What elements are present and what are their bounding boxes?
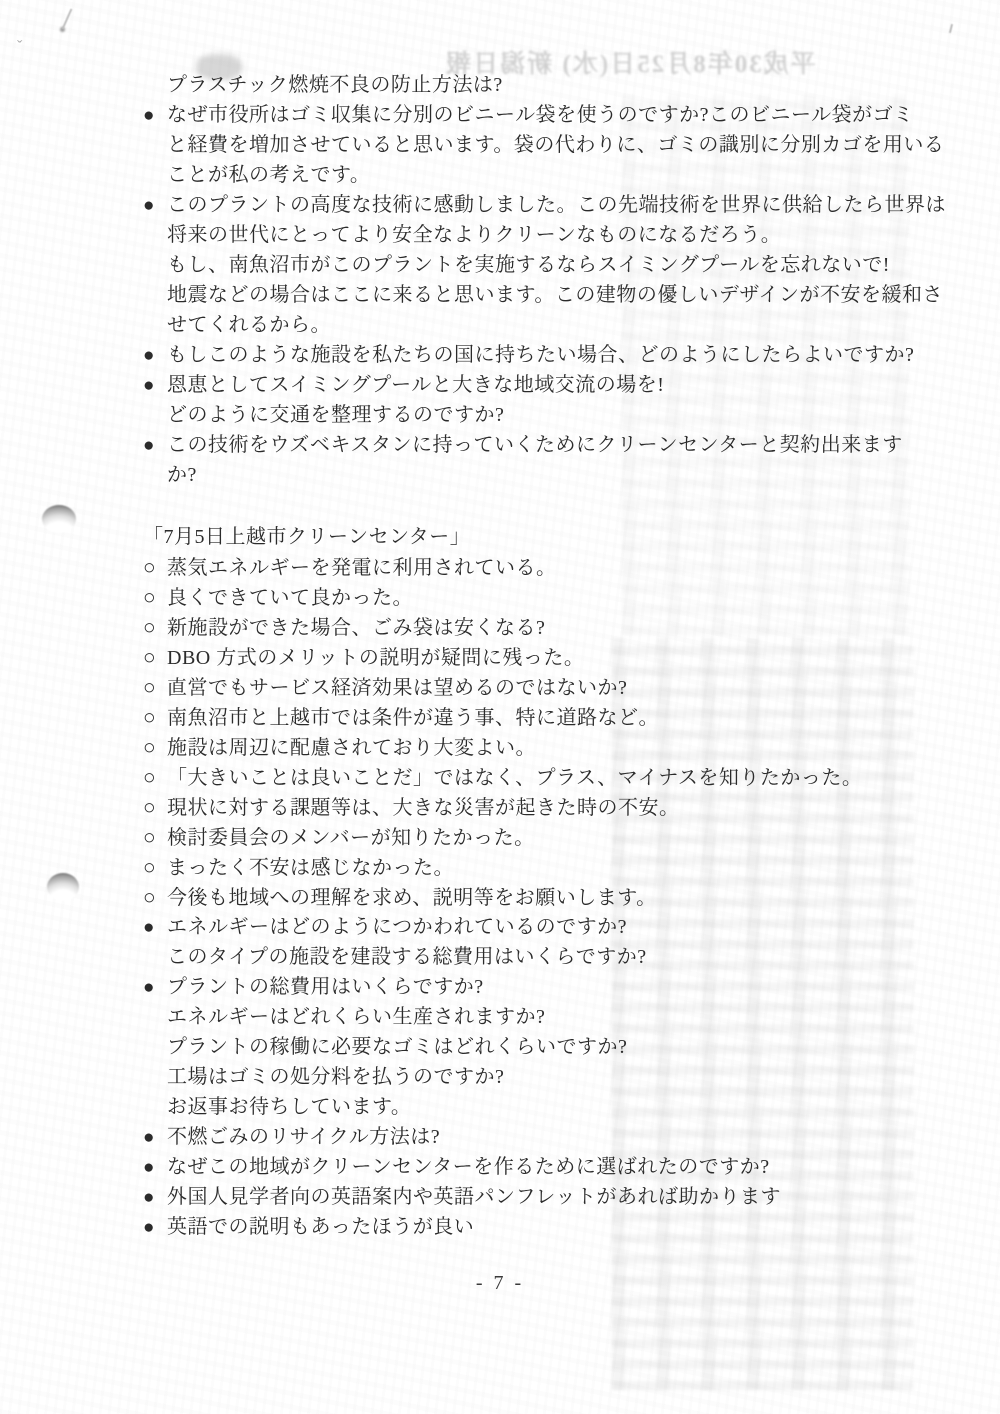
line-text: 工場はゴミの処分料を払うのですか?	[167, 1066, 504, 1088]
page-number: - 7 -	[0, 1272, 1000, 1295]
line-text: 恩恵としてスイミングプールと大きな地域交流の場を!	[167, 374, 664, 396]
line-text: 地震などの場合はここに来ると思います。この建物の優しいデザインが不安を緩和さ	[167, 284, 943, 306]
pencil-speck-top-right	[949, 24, 953, 33]
text-line: ○DBO 方式のメリットの説明が疑問に残った。	[0, 642, 1000, 672]
scanned-document-page: 平成30年8月25日(水) 新潟日報 ˇ プラスチック燃焼不良の防止方法は?●な…	[0, 0, 1000, 1414]
text-line: ●このプラントの高度な技術に感動しました。この先端技術を世界に供給したら世界は	[0, 190, 1000, 220]
filled-bullet-icon: ●	[143, 341, 167, 371]
text-line: プラントの稼働に必要なゴミはどれくらいですか?	[0, 1032, 1000, 1062]
line-text: と経費を増加させていると思います。袋の代わりに、ゴミの識別に分別カゴを用いる	[167, 134, 944, 156]
filled-bullet-icon: ●	[143, 371, 167, 401]
filled-bullet-icon: ●	[143, 1123, 167, 1153]
line-text: 新施設ができた場合、ごみ袋は安くなる?	[167, 617, 545, 639]
line-text: なぜこの地域がクリーンセンターを作るために選ばれたのですか?	[167, 1156, 770, 1178]
line-text: 蒸気エネルギーを発電に利用されている。	[167, 557, 557, 579]
text-line: ○検討委員会のメンバーが知りたかった。	[0, 822, 1000, 852]
text-line: ●エネルギーはどのようにつかわれているのですか?	[0, 912, 1000, 942]
text-line: プラスチック燃焼不良の防止方法は?	[0, 70, 1000, 100]
line-text: お返事お待ちしています。	[167, 1096, 411, 1118]
line-text: 「7月5日上越市クリーンセンター」	[143, 526, 470, 548]
open-circle-icon: ○	[143, 822, 167, 852]
filled-bullet-icon: ●	[143, 191, 167, 221]
filled-bullet-icon: ●	[143, 913, 167, 943]
text-line: ○「大きいことは良いことだ」ではなく、プラス、マイナスを知りたかった。	[0, 762, 1000, 792]
text-line: ●不燃ごみのリサイクル方法は?	[0, 1122, 1000, 1152]
line-text: なぜ市役所はゴミ収集に分別のビニール袋を使うのですか?このビニール袋がゴミ	[167, 104, 914, 126]
text-line: 地震などの場合はここに来ると思います。この建物の優しいデザインが不安を緩和さ	[0, 280, 1000, 310]
text-line: ●もしこのような施設を私たちの国に持ちたい場合、どのようにしたらよいですか?	[0, 340, 1000, 370]
text-line: ●この技術をウズベキスタンに持っていくためにクリーンセンターと契約出来ます	[0, 430, 1000, 460]
line-text: プラントの総費用はいくらですか?	[167, 976, 484, 998]
text-line: ●なぜこの地域がクリーンセンターを作るために選ばれたのですか?	[0, 1152, 1000, 1182]
line-text: もしこのような施設を私たちの国に持ちたい場合、どのようにしたらよいですか?	[167, 344, 914, 366]
text-line: ○施設は周辺に配慮されており大変よい。	[0, 732, 1000, 762]
open-circle-icon: ○	[143, 732, 167, 762]
pencil-speck-dot	[60, 27, 65, 32]
line-text: エネルギーはどのようにつかわれているのですか?	[167, 916, 627, 938]
line-text: 将来の世代にとってより安全なよりクリーンなものになるだろう。	[167, 224, 781, 246]
text-line: ○南魚沼市と上越市では条件が違う事、特に道路など。	[0, 702, 1000, 732]
text-line: ○今後も地域への理解を求め、説明等をお願いします。	[0, 882, 1000, 912]
pencil-speck-slash	[62, 9, 73, 30]
text-line: ●恩恵としてスイミングプールと大きな地域交流の場を!	[0, 370, 1000, 400]
text-line: ●外国人見学者向の英語案内や英語パンフレットがあれば助かります	[0, 1182, 1000, 1212]
open-circle-icon: ○	[143, 852, 167, 882]
open-circle-icon: ○	[143, 642, 167, 672]
line-text: 現状に対する課題等は、大きな災害が起きた時の不安。	[167, 797, 680, 819]
line-text: この技術をウズベキスタンに持っていくためにクリーンセンターと契約出来ます	[167, 434, 903, 456]
text-line: エネルギーはどれくらい生産されますか?	[0, 1002, 1000, 1032]
text-line: ●英語での説明もあったほうが良い	[0, 1212, 1000, 1242]
text-line: ●プラントの総費用はいくらですか?	[0, 972, 1000, 1002]
filled-bullet-icon: ●	[143, 1183, 167, 1213]
line-text: もし、南魚沼市がこのプラントを実施するならスイミングプールを忘れないで!	[167, 254, 890, 276]
text-line: ○現状に対する課題等は、大きな災害が起きた時の不安。	[0, 792, 1000, 822]
text-line: お返事お待ちしています。	[0, 1092, 1000, 1122]
open-circle-icon: ○	[143, 762, 167, 792]
text-line: ○直営でもサービス経済効果は望めるのではないか?	[0, 672, 1000, 702]
filled-bullet-icon: ●	[143, 431, 167, 461]
filled-bullet-icon: ●	[143, 1213, 167, 1243]
text-line: 将来の世代にとってより安全なよりクリーンなものになるだろう。	[0, 220, 1000, 250]
filled-bullet-icon: ●	[143, 1153, 167, 1183]
text-line: もし、南魚沼市がこのプラントを実施するならスイミングプールを忘れないで!	[0, 250, 1000, 280]
line-text: 不燃ごみのリサイクル方法は?	[167, 1126, 440, 1148]
text-line: せてくれるから。	[0, 310, 1000, 340]
line-text: エネルギーはどれくらい生産されますか?	[167, 1006, 545, 1028]
line-text: まったく不安は感じなかった。	[167, 857, 454, 879]
text-line: このタイプの施設を建設する総費用はいくらですか?	[0, 942, 1000, 972]
open-circle-icon: ○	[143, 612, 167, 642]
line-text: このタイプの施設を建設する総費用はいくらですか?	[167, 946, 647, 968]
line-text: 検討委員会のメンバーが知りたかった。	[167, 827, 535, 849]
text-line: どのように交通を整理するのですか?	[0, 400, 1000, 430]
line-text: 外国人見学者向の英語案内や英語パンフレットがあれば助かります	[167, 1186, 781, 1208]
filled-bullet-icon: ●	[143, 101, 167, 131]
line-text: 直営でもサービス経済効果は望めるのではないか?	[167, 677, 627, 699]
open-circle-icon: ○	[143, 672, 167, 702]
text-line: 「7月5日上越市クリーンセンター」	[0, 522, 1000, 552]
pencil-speck-check: ˇ	[17, 38, 22, 56]
line-text: か?	[167, 464, 197, 486]
text-line: と経費を増加させていると思います。袋の代わりに、ゴミの識別に分別カゴを用いる	[0, 130, 1000, 160]
open-circle-icon: ○	[143, 702, 167, 732]
text-line: ことが私の考えです。	[0, 160, 1000, 190]
line-text: プラントの稼働に必要なゴミはどれくらいですか?	[167, 1036, 627, 1058]
line-text: どのように交通を整理するのですか?	[167, 404, 504, 426]
text-line: 工場はゴミの処分料を払うのですか?	[0, 1062, 1000, 1092]
line-text: DBO 方式のメリットの説明が疑問に残った。	[167, 647, 584, 669]
text-line: ○まったく不安は感じなかった。	[0, 852, 1000, 882]
line-text: 施設は周辺に配慮されており大変よい。	[167, 737, 536, 759]
filled-bullet-icon: ●	[143, 973, 167, 1003]
text-line: か?	[0, 460, 1000, 490]
line-text: ことが私の考えです。	[167, 164, 370, 186]
open-circle-icon: ○	[143, 582, 167, 612]
line-text: プラスチック燃焼不良の防止方法は?	[167, 74, 503, 96]
line-text: 英語での説明もあったほうが良い	[167, 1216, 474, 1238]
line-text: 「大きいことは良いことだ」ではなく、プラス、マイナスを知りたかった。	[167, 767, 862, 789]
line-text: 南魚沼市と上越市では条件が違う事、特に道路など。	[167, 707, 659, 729]
line-text: このプラントの高度な技術に感動しました。この先端技術を世界に供給したら世界は	[167, 194, 946, 216]
text-line: ○蒸気エネルギーを発電に利用されている。	[0, 552, 1000, 582]
open-circle-icon: ○	[143, 792, 167, 822]
question-list-section-1: プラスチック燃焼不良の防止方法は?●なぜ市役所はゴミ収集に分別のビニール袋を使う…	[0, 70, 1000, 490]
line-text: 今後も地域への理解を求め、説明等をお願いします。	[167, 887, 657, 909]
open-circle-icon: ○	[143, 552, 167, 582]
line-text: せてくれるから。	[167, 314, 331, 336]
line-text: 良くできていて良かった。	[167, 587, 413, 609]
text-line: ●なぜ市役所はゴミ収集に分別のビニール袋を使うのですか?このビニール袋がゴミ	[0, 100, 1000, 130]
question-list-section-2: 「7月5日上越市クリーンセンター」○蒸気エネルギーを発電に利用されている。○良く…	[0, 522, 1000, 1242]
text-line: ○良くできていて良かった。	[0, 582, 1000, 612]
text-line: ○新施設ができた場合、ごみ袋は安くなる?	[0, 612, 1000, 642]
open-circle-icon: ○	[143, 882, 167, 912]
